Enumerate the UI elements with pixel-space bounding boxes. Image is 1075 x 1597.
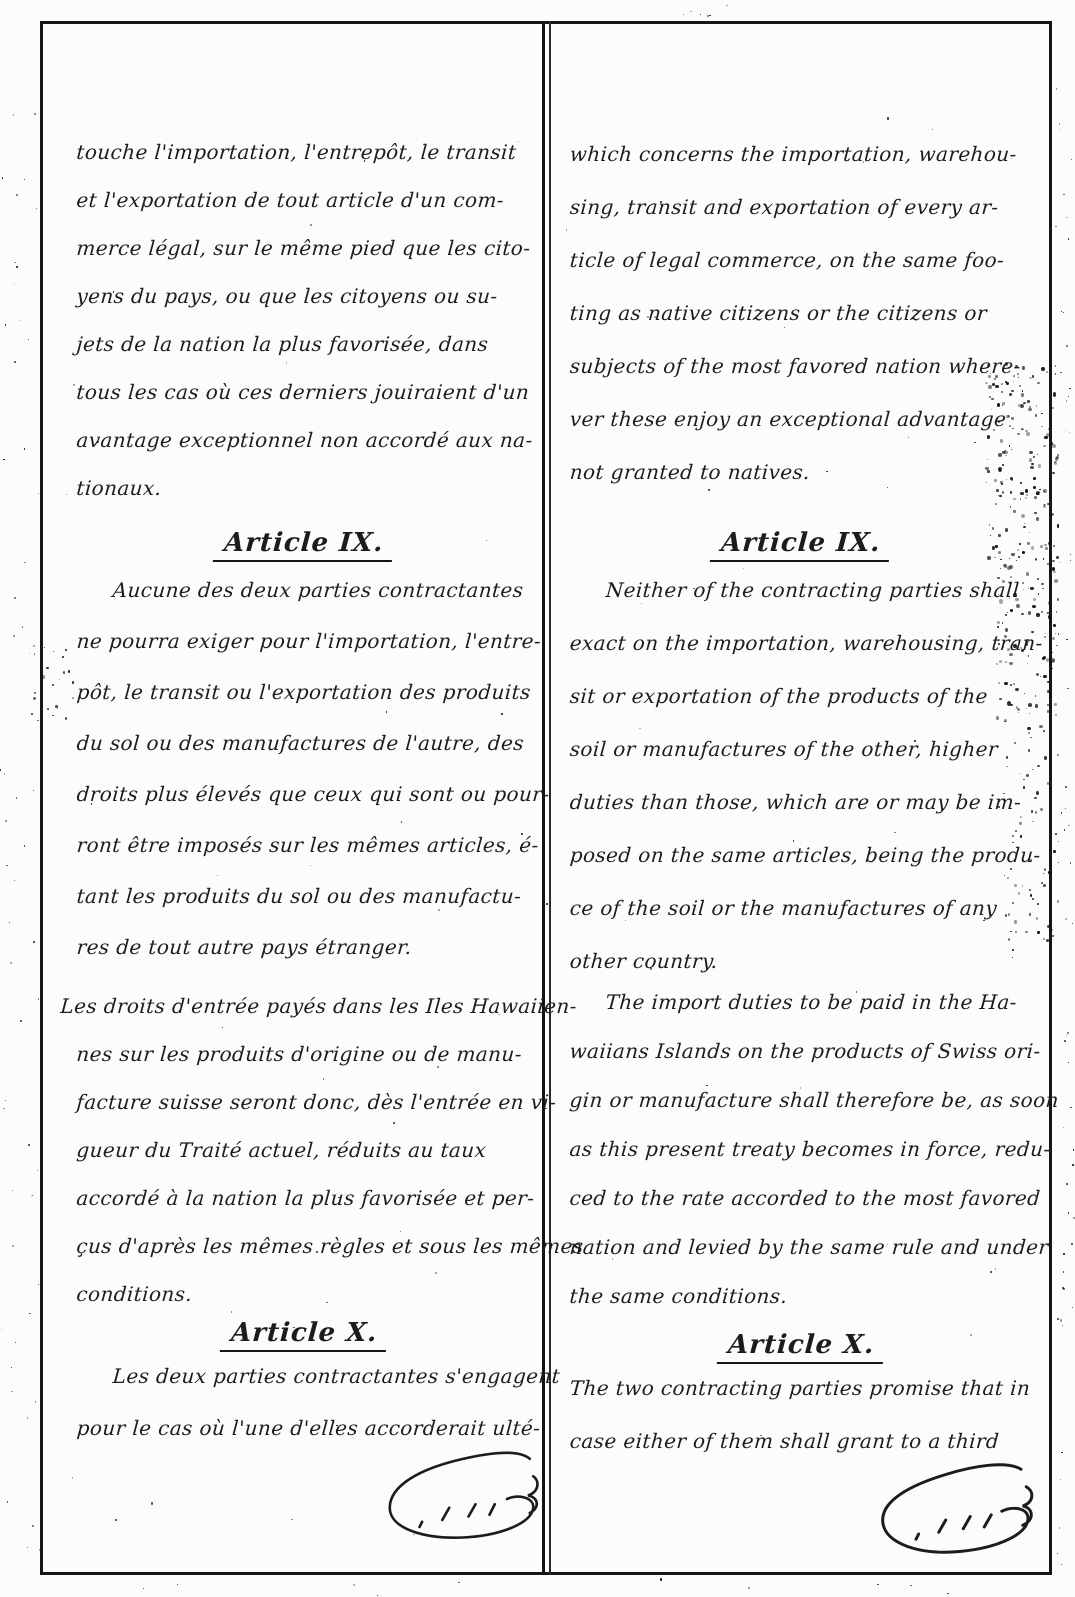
english-paragraph-1: which concerns the importation, warehou-… [567, 142, 1035, 513]
manuscript-text-line: not granted to natives. [567, 460, 1039, 513]
manuscript-text-line: Aucune des deux parties contractantes [74, 578, 538, 629]
manuscript-text-line: as this present treaty becomes in force,… [567, 1137, 1038, 1186]
manuscript-text-line: gin or manufacture shall therefore be, a… [567, 1088, 1038, 1137]
manuscript-text-line: subjects of the most favored nation wher… [567, 354, 1039, 407]
manuscript-text-line: ting as native citizens or the citizens … [567, 301, 1039, 354]
manuscript-text-line: facture suisse seront donc, dès l'entrée… [74, 1090, 537, 1138]
manuscript-text-line: tionaux. [74, 476, 537, 524]
french-paragraph-2: Aucune des deux parties contractantesne … [74, 578, 534, 986]
french-article-ix-heading: Article IX. [74, 528, 534, 562]
manuscript-text-line: droits plus élevés que ceux qui sont ou … [74, 782, 538, 833]
manuscript-text-line: exact on the importation, warehousing, t… [567, 631, 1039, 684]
paraph-flourish-icon [374, 1438, 549, 1553]
english-article-x-heading: Article X. [567, 1330, 1035, 1364]
manuscript-text-line: tant les produits du sol ou des manufact… [74, 884, 538, 935]
manuscript-text-line: yens du pays, ou que les citoyens ou su- [74, 284, 537, 332]
manuscript-text-line: ticle of legal commerce, on the same foo… [567, 248, 1039, 301]
manuscript-text-line: touche l'importation, l'entrepôt, le tra… [74, 140, 537, 188]
manuscript-text-line: du sol ou des manufactures de l'autre, d… [74, 731, 538, 782]
manuscript-text-line: avantage exceptionnel non accordé aux na… [74, 428, 537, 476]
manuscript-text-line: merce légal, sur le même pied que les ci… [74, 236, 537, 284]
french-column: touche l'importation, l'entrepôt, le tra… [74, 0, 534, 1597]
manuscript-text-line: The import duties to be paid in the Ha- [567, 990, 1038, 1039]
heading-text: Article IX. [213, 528, 395, 562]
heading-text: Article X. [717, 1330, 886, 1364]
manuscript-text-line: Neither of the contracting parties shall [567, 578, 1039, 631]
heading-text: Article IX. [710, 528, 892, 562]
manuscript-text-line: posed on the same articles, being the pr… [567, 843, 1039, 896]
manuscript-text-line: nation and levied by the same rule and u… [567, 1235, 1038, 1284]
manuscript-text-line: ce of the soil or the manufactures of an… [567, 896, 1039, 949]
manuscript-text-line: nes sur les produits d'origine ou de man… [74, 1042, 537, 1090]
manuscript-text-line: sit or exportation of the products of th… [567, 684, 1039, 737]
manuscript-text-line: et l'exportation de tout article d'un co… [74, 188, 537, 236]
french-paragraph-3: Les droits d'entrée payés dans les Iles … [74, 994, 534, 1330]
manuscript-text-line: ver these enjoy an exceptional advantage [567, 407, 1039, 460]
manuscript-text-line: ne pourra exiger pour l'importation, l'e… [74, 629, 538, 680]
manuscript-text-line: soil or manufactures of the other, highe… [567, 737, 1039, 790]
manuscript-text-line: ront être imposés sur les mêmes articles… [74, 833, 538, 884]
manuscript-text-line: duties than those, which are or may be i… [567, 790, 1039, 843]
manuscript-text-line: sing, transit and exportation of every a… [567, 195, 1039, 248]
manuscript-text-line: gueur du Traité actuel, réduits au taux [74, 1138, 537, 1186]
manuscript-text-line: pôt, le transit ou l'exportation des pro… [74, 680, 538, 731]
heading-text: Article X. [220, 1318, 389, 1352]
paraph-flourish-icon [867, 1452, 1042, 1567]
french-paragraph-1: touche l'importation, l'entrepôt, le tra… [74, 140, 534, 524]
manuscript-text-line: which concerns the importation, warehou- [567, 142, 1039, 195]
english-paragraph-3: The import duties to be paid in the Ha-w… [567, 990, 1035, 1333]
manuscript-text-line: The two contracting parties promise that… [567, 1376, 1039, 1429]
manuscript-text-line: res de tout autre pays étranger. [74, 935, 538, 986]
manuscript-text-line: jets de la nation la plus favorisée, dan… [74, 332, 537, 380]
english-article-ix-heading: Article IX. [567, 528, 1035, 562]
french-article-x-heading: Article X. [74, 1318, 534, 1352]
manuscript-text-line: tous les cas où ces derniers jouiraient … [74, 380, 537, 428]
manuscript-text-line: the same conditions. [567, 1284, 1038, 1333]
manuscript-text-line: ced to the rate accorded to the most fav… [567, 1186, 1038, 1235]
english-column: which concerns the importation, warehou-… [567, 0, 1035, 1597]
manuscript-text-line: waiians Islands on the products of Swiss… [567, 1039, 1038, 1088]
manuscript-text-line: Les droits d'entrée payés dans les Iles … [58, 994, 537, 1042]
manuscript-text-line: Les deux parties contractantes s'engagen… [74, 1364, 538, 1416]
english-paragraph-2: Neither of the contracting parties shall… [567, 578, 1035, 1002]
manuscript-text-line: çus d'après les mêmes règles et sous les… [74, 1234, 537, 1282]
manuscript-page: touche l'importation, l'entrepôt, le tra… [0, 0, 1075, 1597]
manuscript-text-line: accordé à la nation la plus favorisée et… [74, 1186, 537, 1234]
